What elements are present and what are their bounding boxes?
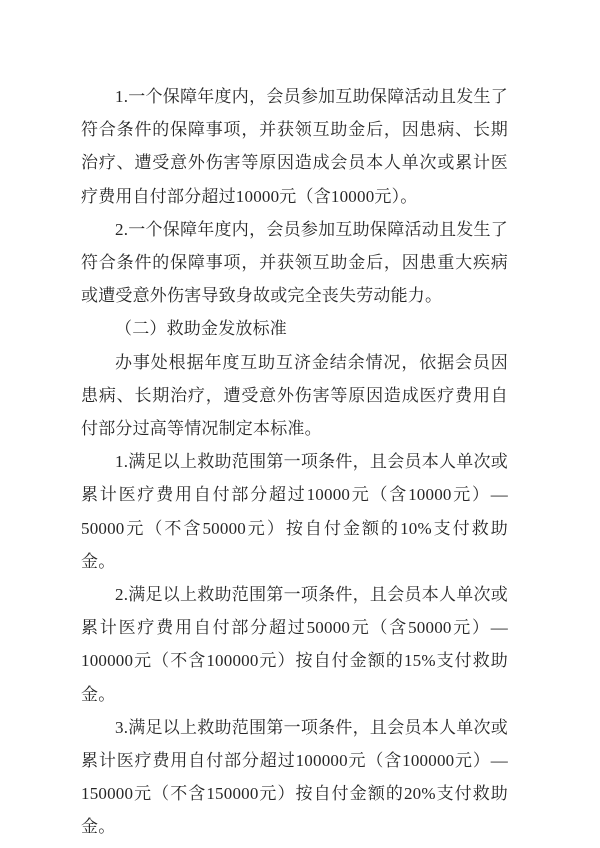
paragraph-standard-basis: 办事处根据年度互助互济金结余情况，依据会员因患病、长期治疗，遭受意外伤害等原因造… — [81, 346, 508, 446]
section-heading-aid-payment-standard: （二）救助金发放标准 — [81, 312, 508, 345]
paragraph-benefit-condition-2: 2.一个保障年度内，会员参加互助保障活动且发生了符合条件的保障事项，并获领互助金… — [81, 213, 508, 313]
paragraph-tier-3-20-percent: 3.满足以上救助范围第一项条件，且会员本人单次或累计医疗费用自付部分超过1000… — [81, 711, 508, 844]
paragraph-benefit-condition-1: 1.一个保障年度内，会员参加互助保障活动且发生了符合条件的保障事项，并获领互助金… — [81, 80, 508, 213]
document-page: 1.一个保障年度内，会员参加互助保障活动且发生了符合条件的保障事项，并获领互助金… — [0, 0, 600, 848]
document-text-block: 1.一个保障年度内，会员参加互助保障活动且发生了符合条件的保障事项，并获领互助金… — [81, 80, 508, 844]
paragraph-tier-2-15-percent: 2.满足以上救助范围第一项条件，且会员本人单次或累计医疗费用自付部分超过5000… — [81, 578, 508, 711]
paragraph-tier-1-10-percent: 1.满足以上救助范围第一项条件，且会员本人单次或累计医疗费用自付部分超过1000… — [81, 445, 508, 578]
